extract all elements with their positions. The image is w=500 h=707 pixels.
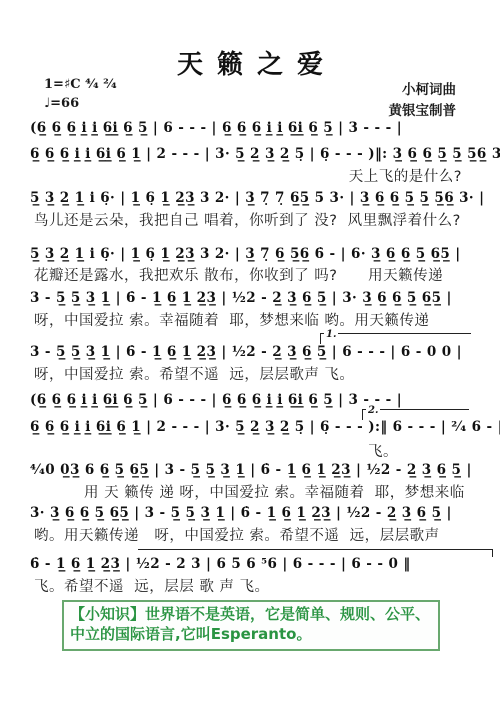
music-line-6: 3 - 5̲ 5̲ 3̲ 1̲ | 6̇ - 1̲ 6̲ 1̲ 2̲3̲ | ½… bbox=[30, 344, 474, 360]
music-line-8: 6̲ 6̲ 6̲ i̲ i̲ 6̲i̲ 6̲ 1̲ | 2 - - - | 3·… bbox=[30, 419, 474, 435]
arranger-credit: 黄银宝制普 bbox=[389, 103, 457, 119]
lyrics-line-3: 鸟儿还是云朵，我把自己 唱着，你听到了 没? 风里飘浮着什么? bbox=[34, 209, 462, 230]
lyrics-line-5: 呀，中国爱拉 索。幸福随着 耶，梦想来临 哟。用天籁传递 bbox=[34, 309, 462, 330]
music-line-11: 6̇ - 1̲ 6̲ 1̲ 2̲3̲ | ½2 - 2 3 | 6 5 6 ⁵6… bbox=[30, 556, 474, 572]
first-ending-bracket: 1. bbox=[320, 333, 471, 344]
lyrics-line-11: 飞。希望不遥 远，层层 歌 声 飞。 bbox=[34, 575, 462, 596]
lyrics-line-6: 呀，中国爱拉 索。希望不遥 远，层层歌声 飞。 bbox=[34, 363, 462, 384]
tempo-marking: ♩=66 bbox=[44, 96, 79, 111]
key-signature: 1=♯C ⁴⁄₄ ²⁄₄ bbox=[44, 77, 117, 92]
knowledge-note-box: 【小知识】世界语不是英语，它是简单、规则、公平、中立的国际语言,它叫Espera… bbox=[62, 600, 440, 651]
lyrics-line-2: 天上飞的是什么? bbox=[34, 165, 462, 186]
lyrics-line-9: 用 天 籁传 递 呀，中国爱拉 索。幸福随着 耶，梦想来临 bbox=[34, 481, 462, 502]
music-line-7: (6̲ 6̲ 6̲ i̲ i̲ 6̲i̲ 6̲ 5̲ | 6 - - - | 6… bbox=[30, 392, 474, 408]
first-ending-label: 1. bbox=[324, 330, 338, 340]
music-line-2: 6̲ 6̲ 6̲ i̲ i̲ 6̲i̲ 6̲ 1̲ | 2 - - - | 3·… bbox=[30, 146, 474, 162]
key-signature-block: 1=♯C ⁴⁄₄ ²⁄₄♩=66 bbox=[44, 76, 117, 114]
second-ending-label: 2. bbox=[366, 406, 380, 416]
sheet-music-page: 天籁之爱 1=♯C ⁴⁄₄ ²⁄₄♩=66 小柯词曲黄银宝制普 (6̲ 6̲ 6… bbox=[0, 0, 500, 707]
music-line-5: 3 - 5̲ 5̲ 3̲ 1̲ | 6̇ - 1̲ 6̲ 1̲ 2̲3̲ | ½… bbox=[30, 290, 474, 306]
knowledge-note-text: 【小知识】世界语不是英语，它是简单、规则、公平、中立的国际语言,它叫Espera… bbox=[70, 605, 430, 643]
music-line-9: ⁴⁄₄0 0̲3̲ 6 6̲ 5̲ 6̲5̲ | 3 - 5̲ 5̲ 3̲ 1̲… bbox=[30, 462, 474, 478]
credits-block: 小柯词曲黄银宝制普 bbox=[389, 80, 457, 122]
music-line-10: 3· 3̲ 6̲ 6̲ 5̲ 6̲5̲ | 3 - 5̲ 5̲ 3̲ 1̲ | … bbox=[30, 505, 474, 521]
lyrics-line-10: 哟。用天籁传递 呀，中国爱拉 索。希望不遥 远，层层歌声 bbox=[34, 524, 462, 545]
lyrics-line-8: 飞。 bbox=[368, 440, 398, 461]
music-line-3: 5̲ 3̲ 2̲ 1̲ i 6̣· | 1̲ 6̣ 1̲ 2̲3̲ 3 2· |… bbox=[30, 190, 474, 206]
lyricist-composer-credit: 小柯词曲 bbox=[402, 82, 456, 98]
music-line-1: (6̲ 6̲ 6̲ i̲ i̲ 6̲i̲ 6̲ 5̲ | 6 - - - | 6… bbox=[30, 120, 474, 136]
music-line-4: 5̲ 3̲ 2̲ 1̲ i 6̣· | 1̲ 6̣ 1̲ 2̲3̲ 3 2· |… bbox=[30, 246, 474, 262]
lyrics-line-4: 花瓣还是露水，我把欢乐 散布，你收到了 吗? 用天籁传递 bbox=[34, 264, 462, 285]
